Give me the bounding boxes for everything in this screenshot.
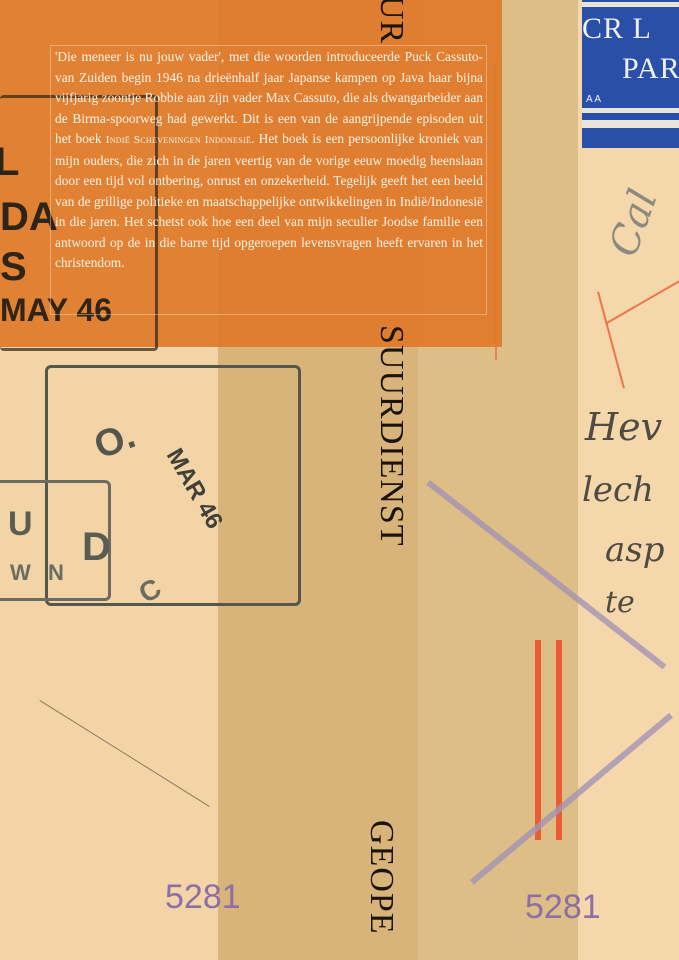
red-pencil-mark xyxy=(535,640,541,840)
censor-number: 5281 xyxy=(525,888,601,927)
airmail-line1: CR L xyxy=(582,12,652,46)
spine-fragment: UR xyxy=(372,0,410,44)
spine-bottom: GEOPE xyxy=(362,820,400,935)
book-title: Indië Scheveningen Indonesië xyxy=(106,134,251,146)
airmail-line2: PAR xyxy=(622,52,679,86)
airmail-stripe xyxy=(582,108,679,113)
handwriting: asp xyxy=(605,530,664,570)
back-cover-blurb: 'Die meneer is nu jouw vader', met die w… xyxy=(55,47,483,274)
box-letter: U xyxy=(8,505,33,544)
airmail-stripe xyxy=(582,120,679,128)
handwriting: te xyxy=(605,585,635,620)
handwriting: lech xyxy=(582,470,654,510)
airmail-small: A A xyxy=(586,94,601,105)
box-letter: W xyxy=(10,560,31,586)
blurb-text: . Het boek is een persoonlijke kroniek v… xyxy=(55,131,483,270)
airmail-label: CR L PAR A A xyxy=(582,0,679,148)
airmail-stripe xyxy=(582,2,679,7)
censor-number: 5281 xyxy=(165,878,241,917)
handwriting: Hev xyxy=(585,405,662,449)
box-letter: D xyxy=(82,525,111,570)
spine-title: SUURDIENST xyxy=(372,325,410,547)
box-letter: N xyxy=(48,560,64,586)
